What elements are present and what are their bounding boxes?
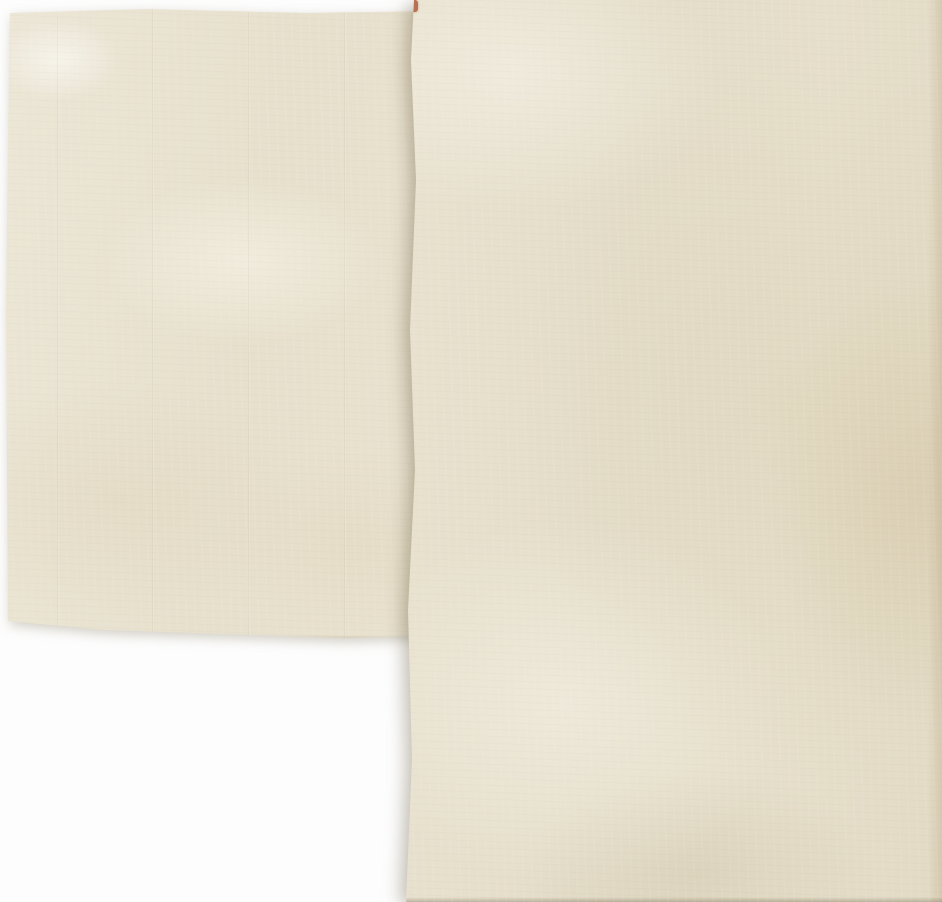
left-sheet-bottom-edge — [6, 635, 438, 639]
right-sheet-right-edge — [928, 0, 942, 902]
right-sheet — [406, 0, 942, 902]
fold-line-vertical — [57, 9, 59, 639]
right-sheet-bottom-edge — [406, 897, 942, 902]
scanned-historical-document — [0, 0, 942, 902]
left-sheet — [6, 9, 438, 639]
official-red-seal — [406, 0, 418, 12]
fold-line-vertical — [248, 9, 250, 639]
fold-line-vertical — [152, 9, 154, 639]
fold-line-vertical — [344, 9, 346, 639]
